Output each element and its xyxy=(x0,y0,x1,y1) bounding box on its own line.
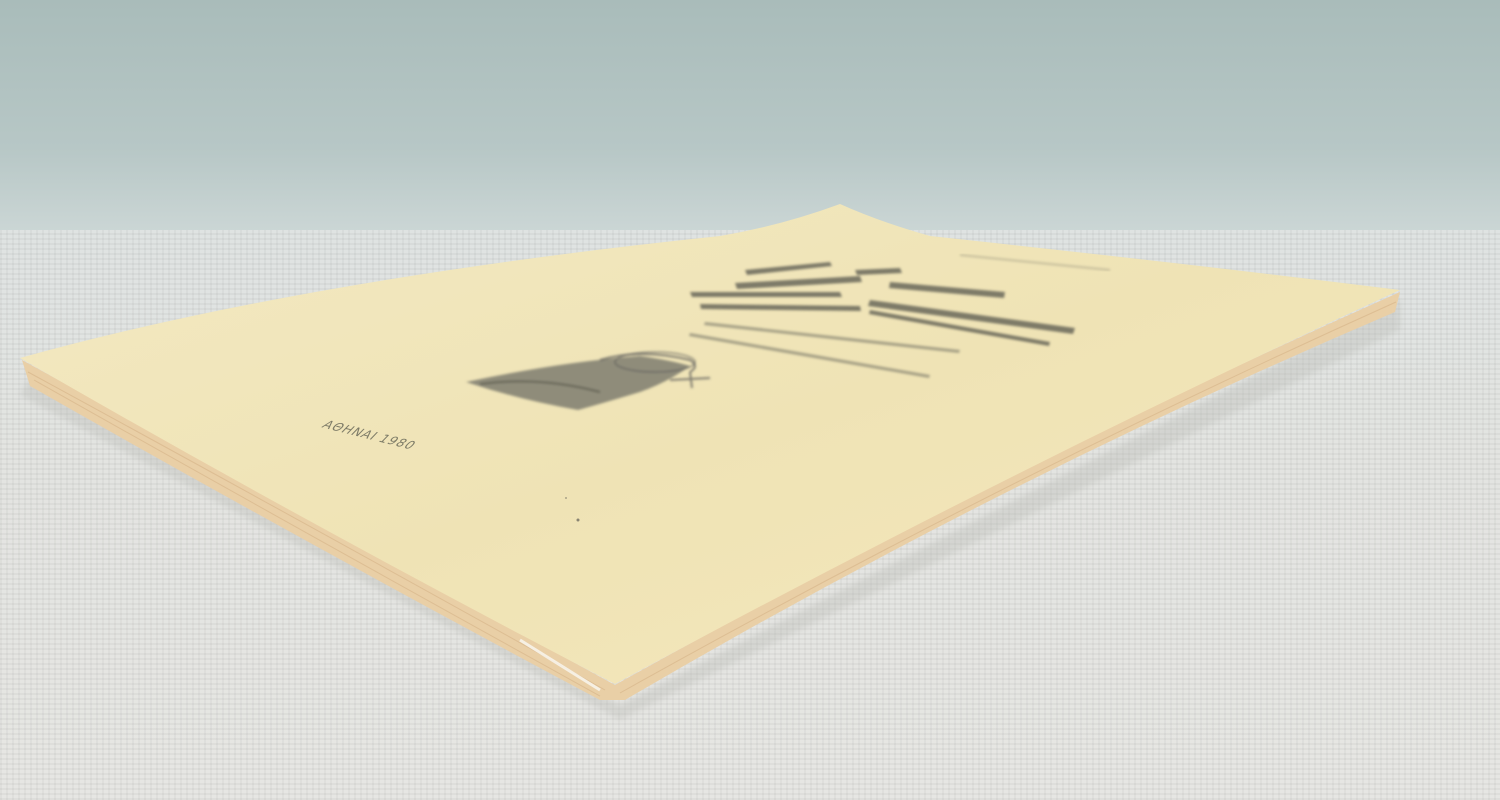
booklet-cover xyxy=(20,204,1400,684)
booklet-photo xyxy=(0,0,1500,800)
